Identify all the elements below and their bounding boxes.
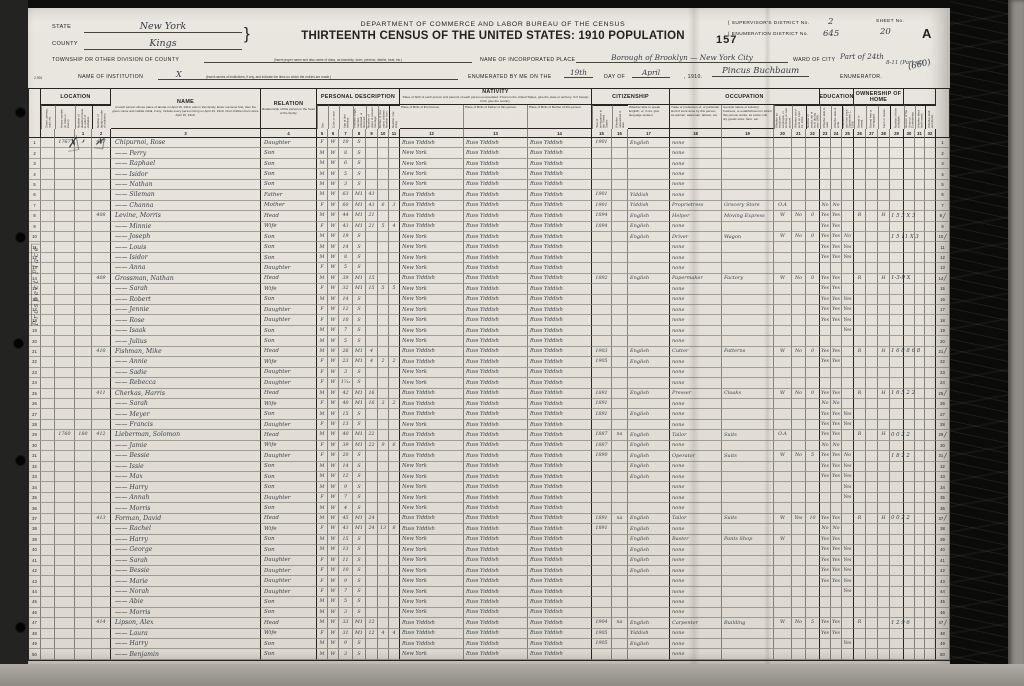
- cell-ow: [792, 524, 806, 534]
- cell-sc: Yes: [842, 409, 854, 419]
- cell-na: [612, 148, 628, 158]
- line-number-left: 28: [29, 420, 41, 430]
- cell-sc: [842, 159, 854, 169]
- ward-label: WARD OF CITY: [793, 57, 835, 63]
- cell-wk: [806, 201, 820, 211]
- cell-df: [925, 629, 936, 639]
- cell-st: [41, 180, 55, 190]
- line-number-left: 43: [29, 576, 41, 586]
- cell-rd: [820, 368, 831, 378]
- cell-m: S: [353, 576, 366, 586]
- cell-na: [612, 336, 628, 346]
- cell-cl: 8: [389, 524, 400, 534]
- cell-bl: [915, 389, 925, 399]
- cell-c: W: [328, 420, 339, 430]
- cell-em: [774, 556, 792, 566]
- cell-lg: [628, 576, 670, 586]
- cell-mk: [890, 138, 904, 148]
- cell-bl: [915, 409, 925, 419]
- cell-im: 1891: [592, 514, 612, 524]
- cell-n: —— Rose: [111, 315, 261, 325]
- cell-bl: [915, 169, 925, 179]
- cell-c: W: [328, 629, 339, 639]
- cell-df: [925, 232, 936, 242]
- cell-sc: [842, 138, 854, 148]
- cell-n: —— Sarah: [111, 556, 261, 566]
- cell-df: [925, 472, 936, 482]
- cell-cl: [389, 336, 400, 346]
- cell-st: [41, 159, 55, 169]
- cell-cl: [389, 420, 400, 430]
- cell-fp: Russ Yiddish: [464, 232, 528, 242]
- cell-st: [41, 420, 55, 430]
- cell-cb: [378, 347, 389, 357]
- cell-o: [854, 295, 866, 305]
- cell-sc: Yes: [842, 326, 854, 336]
- cell-oc: none: [670, 148, 722, 158]
- cell-wk: [806, 535, 820, 545]
- cell-wr: Yes: [831, 576, 842, 586]
- cell-wr: [831, 639, 842, 649]
- sheet-value: 20: [880, 27, 891, 37]
- cell-o: R: [854, 274, 866, 284]
- cell-o: R: [854, 618, 866, 628]
- cell-n: —— George: [111, 545, 261, 555]
- cell-im: 1904: [592, 618, 612, 628]
- cell-n: —— Sadie: [111, 368, 261, 378]
- cell-o: [854, 263, 866, 273]
- cell-st: [41, 493, 55, 503]
- cell-oc: none: [670, 357, 722, 367]
- line-number-right: 33: [936, 472, 950, 482]
- punch-hole: [16, 233, 25, 242]
- cell-fp: Russ Yiddish: [464, 556, 528, 566]
- cell-h: [55, 169, 75, 179]
- cell-na: [612, 524, 628, 534]
- cell-mk: 1 6 8 8 6 8: [890, 347, 904, 357]
- column-number: 20: [774, 129, 792, 138]
- cell-em: W: [774, 232, 792, 242]
- cell-fm: [878, 295, 890, 305]
- cell-mp: Russ Yiddish: [528, 336, 592, 346]
- cell-mk: [890, 649, 904, 659]
- cell-ow: No: [792, 347, 806, 357]
- cell-fm: [878, 556, 890, 566]
- cell-fp: Russ Yiddish: [464, 441, 528, 451]
- cell-cl: [389, 211, 400, 221]
- cell-fp: Russ Yiddish: [464, 639, 528, 649]
- cell-mp: Russ Yiddish: [528, 618, 592, 628]
- cell-im: [592, 587, 612, 597]
- cell-c: W: [328, 211, 339, 221]
- cell-y: [366, 649, 378, 659]
- cell-h: [55, 451, 75, 461]
- cell-oc: none: [670, 336, 722, 346]
- cell-wk: [806, 639, 820, 649]
- cell-s: F: [317, 566, 328, 576]
- cell-mp: Russ Yiddish: [528, 482, 592, 492]
- cell-oc: none: [670, 263, 722, 273]
- cell-r: Head: [261, 430, 317, 440]
- cell-rd: Yes: [820, 305, 831, 315]
- cell-mk: [890, 378, 904, 388]
- cell-em: [774, 472, 792, 482]
- cell-ow: [792, 430, 806, 440]
- cell-mp: Russ Yiddish: [528, 472, 592, 482]
- line-number-right: 16: [936, 295, 950, 305]
- cell-c: W: [328, 295, 339, 305]
- cell-na: [612, 138, 628, 148]
- cell-sc: [842, 503, 854, 513]
- line-number-left: 1: [29, 138, 41, 148]
- cell-in: [722, 524, 774, 534]
- cell-mp: Russ Yiddish: [528, 493, 592, 503]
- line-number-left: 22: [29, 357, 41, 367]
- cell-mp: Russ Yiddish: [528, 441, 592, 451]
- cell-st: [41, 618, 55, 628]
- line-number-right: 23: [936, 368, 950, 378]
- cell-m: S: [353, 336, 366, 346]
- enumeration-month-value: April: [632, 68, 670, 78]
- cell-wr: [831, 180, 842, 190]
- cell-sc: Yes: [842, 253, 854, 263]
- cell-lg: [628, 420, 670, 430]
- cell-y: [366, 535, 378, 545]
- cell-df: [925, 242, 936, 252]
- cell-y: [366, 503, 378, 513]
- cell-a: 3: [339, 180, 353, 190]
- cell-c: W: [328, 242, 339, 252]
- cell-p: Russ Yiddish: [400, 357, 464, 367]
- cell-y: 16: [366, 399, 378, 409]
- cell-mk: 0 0 2 2: [890, 514, 904, 524]
- cell-a: 45: [339, 514, 353, 524]
- cell-rd: No: [820, 441, 831, 451]
- cell-lg: [628, 399, 670, 409]
- cell-em: W: [774, 274, 792, 284]
- cell-s: M: [317, 482, 328, 492]
- county-field: Kings: [84, 35, 242, 50]
- cell-sc: Yes: [842, 242, 854, 252]
- cell-cb: [378, 180, 389, 190]
- cell-rd: Yes: [820, 576, 831, 586]
- cell-ow: [792, 295, 806, 305]
- cell-wk: 10: [806, 514, 820, 524]
- cell-m: S: [353, 169, 366, 179]
- line-number-right: 14∕: [936, 274, 950, 284]
- cell-mp: Russ Yiddish: [528, 399, 592, 409]
- cell-df: [925, 274, 936, 284]
- cell-rd: [820, 138, 831, 148]
- cell-fp: Russ Yiddish: [464, 576, 528, 586]
- cell-st: [41, 629, 55, 639]
- cell-em: [774, 242, 792, 252]
- cell-im: [592, 472, 612, 482]
- cell-s: M: [317, 232, 328, 242]
- cell-a: 23: [339, 357, 353, 367]
- cell-d: [75, 201, 92, 211]
- cell-fr: [866, 441, 878, 451]
- cell-n: Chipurnoi, Rose: [111, 138, 261, 148]
- cell-df: [925, 190, 936, 200]
- line-number-left: 41: [29, 556, 41, 566]
- cell-st: [41, 409, 55, 419]
- cell-fm: [878, 441, 890, 451]
- cell-d: [75, 159, 92, 169]
- column-subheader-h: House number (in cities or towns).: [55, 105, 75, 129]
- cell-cl: [389, 190, 400, 200]
- cell-bl: [915, 649, 925, 659]
- cell-bl: [915, 514, 925, 524]
- cell-wk: 0: [806, 232, 820, 242]
- cell-fp: Russ Yiddish: [464, 389, 528, 399]
- day-of-label: DAY OF: [604, 74, 625, 80]
- cell-c: W: [328, 524, 339, 534]
- line-number-left: 4: [29, 169, 41, 179]
- cell-p: New York: [400, 263, 464, 273]
- cell-wk: [806, 399, 820, 409]
- cell-y: [366, 315, 378, 325]
- cell-sv: [904, 159, 915, 169]
- cell-y: [366, 597, 378, 607]
- cell-fm: [878, 566, 890, 576]
- cell-df: [925, 253, 936, 263]
- cell-m: M1: [353, 441, 366, 451]
- cell-cl: [389, 556, 400, 566]
- cell-fp: Russ Yiddish: [464, 503, 528, 513]
- cell-mk: [890, 639, 904, 649]
- cell-ow: No: [792, 274, 806, 284]
- cell-rd: Yes: [820, 514, 831, 524]
- cell-d: [75, 524, 92, 534]
- cell-fp: Russ Yiddish: [464, 305, 528, 315]
- cell-na: [612, 222, 628, 232]
- cell-s: M: [317, 326, 328, 336]
- cell-p: New York: [400, 649, 464, 659]
- cell-mp: Russ Yiddish: [528, 274, 592, 284]
- cell-na: [612, 566, 628, 576]
- cell-sv: [904, 138, 915, 148]
- cell-fr: [866, 608, 878, 618]
- cell-mk: [890, 169, 904, 179]
- column-number: 32: [925, 129, 936, 138]
- cell-in: Wagon: [722, 232, 774, 242]
- cell-s: M: [317, 336, 328, 346]
- cell-mp: Russ Yiddish: [528, 587, 592, 597]
- cell-im: 1891: [592, 399, 612, 409]
- cell-cl: [389, 545, 400, 555]
- cell-bl: [915, 305, 925, 315]
- cell-na: [612, 587, 628, 597]
- cell-d: [75, 462, 92, 472]
- cell-cb: [378, 253, 389, 263]
- cell-o: [854, 587, 866, 597]
- cell-d: [75, 305, 92, 315]
- cell-in: Suits: [722, 430, 774, 440]
- cell-s: M: [317, 274, 328, 284]
- line-number-left: 49: [29, 639, 41, 649]
- cell-df: [925, 451, 936, 461]
- cell-mk: [890, 159, 904, 169]
- cell-p: New York: [400, 305, 464, 315]
- cell-a: 5: [339, 169, 353, 179]
- cell-df: [925, 576, 936, 586]
- cell-wr: [831, 190, 842, 200]
- cell-cb: [378, 566, 389, 576]
- cell-mk: [890, 409, 904, 419]
- cell-o: [854, 576, 866, 586]
- cell-wr: Yes: [831, 420, 842, 430]
- cell-wr: Yes: [831, 389, 842, 399]
- enumerated-label: ENUMERATED BY ME ON THE: [468, 74, 552, 80]
- cell-cb: [378, 535, 389, 545]
- line-number-left: 21: [29, 347, 41, 357]
- cell-m: S: [353, 535, 366, 545]
- cell-y: [366, 180, 378, 190]
- cell-a: 44: [339, 211, 353, 221]
- cell-cl: [389, 462, 400, 472]
- cell-lg: English: [628, 462, 670, 472]
- cell-em: [774, 305, 792, 315]
- cell-sc: Yes: [842, 295, 854, 305]
- cell-st: [41, 326, 55, 336]
- cell-wr: Yes: [831, 629, 842, 639]
- cell-cb: 5: [378, 222, 389, 232]
- cell-im: 1887: [592, 441, 612, 451]
- line-number-right: 42: [936, 566, 950, 576]
- cell-lg: English: [628, 389, 670, 399]
- cell-bl: [915, 608, 925, 618]
- cell-sc: [842, 180, 854, 190]
- cell-st: [41, 295, 55, 305]
- cell-m: S: [353, 639, 366, 649]
- cell-n: —— Rachel: [111, 524, 261, 534]
- cell-mk: [890, 566, 904, 576]
- cell-r: Son: [261, 597, 317, 607]
- cell-m: S: [353, 232, 366, 242]
- cell-lg: English: [628, 409, 670, 419]
- cell-o: [854, 451, 866, 461]
- cell-c: W: [328, 639, 339, 649]
- line-number-right: 17: [936, 305, 950, 315]
- cell-f: [92, 503, 111, 513]
- cell-bl: [915, 253, 925, 263]
- cell-o: [854, 441, 866, 451]
- cell-o: [854, 253, 866, 263]
- cell-mk: [890, 253, 904, 263]
- cell-cb: [378, 420, 389, 430]
- cell-rd: [820, 639, 831, 649]
- cell-mp: Russ Yiddish: [528, 608, 592, 618]
- cell-rd: Yes: [820, 211, 831, 221]
- cell-df: [925, 535, 936, 545]
- cell-fr: [866, 566, 878, 576]
- cell-oc: Papermaker: [670, 274, 722, 284]
- cell-st: [41, 274, 55, 284]
- line-number-left: 29: [29, 430, 41, 440]
- cell-h: [55, 357, 75, 367]
- cell-em: [774, 169, 792, 179]
- line-number-right: 8∕: [936, 211, 950, 221]
- cell-s: M: [317, 159, 328, 169]
- cell-cl: 2: [389, 357, 400, 367]
- cell-a: 13: [339, 420, 353, 430]
- form-number: 2-994: [34, 76, 42, 80]
- group-name-desc: of each person whose place of abode on A…: [112, 106, 259, 117]
- cell-bl: [915, 556, 925, 566]
- cell-c: W: [328, 148, 339, 158]
- cell-wr: [831, 597, 842, 607]
- cell-sv: [904, 482, 915, 492]
- cell-na: na: [612, 430, 628, 440]
- cell-df: [925, 347, 936, 357]
- cell-st: [41, 649, 55, 659]
- cell-f: [92, 284, 111, 294]
- cell-em: [774, 148, 792, 158]
- cell-y: [366, 451, 378, 461]
- cell-fp: Russ Yiddish: [464, 242, 528, 252]
- cell-oc: none: [670, 253, 722, 263]
- cell-y: 22: [366, 441, 378, 451]
- cell-lg: English: [628, 566, 670, 576]
- cell-mk: [890, 420, 904, 430]
- cell-h: 1760: [55, 430, 75, 440]
- cell-wr: Yes: [831, 409, 842, 419]
- cell-fm: [878, 190, 890, 200]
- cell-cl: [389, 159, 400, 169]
- cell-d: [75, 441, 92, 451]
- cell-r: Head: [261, 514, 317, 524]
- cell-d: [75, 545, 92, 555]
- cell-c: W: [328, 253, 339, 263]
- cell-d: [75, 284, 92, 294]
- cell-im: [592, 608, 612, 618]
- cell-em: [774, 368, 792, 378]
- cell-y: [366, 556, 378, 566]
- cell-cb: [378, 138, 389, 148]
- cell-h: [55, 524, 75, 534]
- cell-st: [41, 462, 55, 472]
- cell-d: [75, 169, 92, 179]
- cell-s: M: [317, 430, 328, 440]
- cell-im: [592, 326, 612, 336]
- column-number: 3: [111, 129, 261, 138]
- cell-p: New York: [400, 232, 464, 242]
- line-number-right: 30: [936, 441, 950, 451]
- cell-fm: [878, 326, 890, 336]
- cell-sc: [842, 629, 854, 639]
- line-number-right: 40: [936, 545, 950, 555]
- cell-c: W: [328, 587, 339, 597]
- cell-na: [612, 493, 628, 503]
- cell-mk: [890, 399, 904, 409]
- cell-d: [75, 576, 92, 586]
- cell-st: [41, 587, 55, 597]
- column-subheader-a: Age at last birthday.: [339, 105, 353, 129]
- cell-cl: 2: [389, 399, 400, 409]
- cell-wr: Yes: [831, 222, 842, 232]
- cell-m: M1: [353, 190, 366, 200]
- cell-lg: English: [628, 347, 670, 357]
- cell-o: R: [854, 430, 866, 440]
- cell-r: Mother: [261, 201, 317, 211]
- cell-h: [55, 618, 75, 628]
- cell-r: Daughter: [261, 263, 317, 273]
- cell-em: [774, 566, 792, 576]
- cell-em: [774, 263, 792, 273]
- cell-p: Russ Yiddish: [400, 629, 464, 639]
- cell-lg: English: [628, 535, 670, 545]
